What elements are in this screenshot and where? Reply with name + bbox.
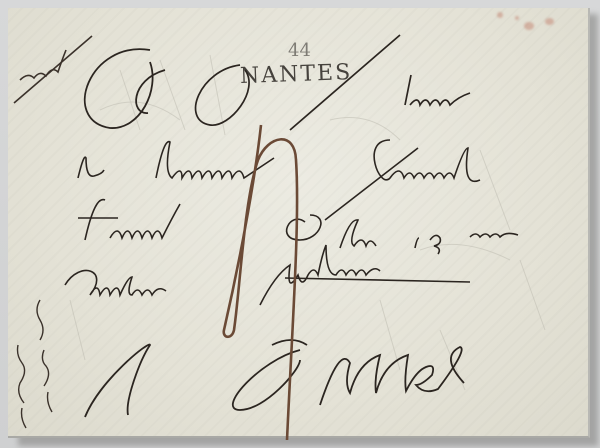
manuscript-rate-text: n xyxy=(240,100,241,101)
postmark-town: NANTES xyxy=(240,60,353,89)
address-line-3: travot A la 13 eme xyxy=(80,220,89,221)
manuscript-rate-mark xyxy=(224,125,297,440)
address-line-4: division Militaire xyxy=(65,280,74,281)
show-through-writing xyxy=(70,55,545,390)
side-annotation xyxy=(18,300,53,428)
docket-text: Pmel xyxy=(20,60,23,61)
address-line5 xyxy=(85,340,464,417)
address-line-1: A Monsieur xyxy=(90,90,96,91)
address-line-2: le lieutenant General xyxy=(80,160,91,161)
address-line-5: A Rennes xyxy=(85,380,90,381)
address-line4 xyxy=(65,245,470,305)
docket-mark xyxy=(14,36,92,103)
postmark-department-number: 44 xyxy=(288,40,311,61)
address-line2 xyxy=(78,140,480,220)
address-initial-A xyxy=(85,49,165,128)
side-annotation-text: 20 Xbre ... Rennes xyxy=(15,330,24,331)
